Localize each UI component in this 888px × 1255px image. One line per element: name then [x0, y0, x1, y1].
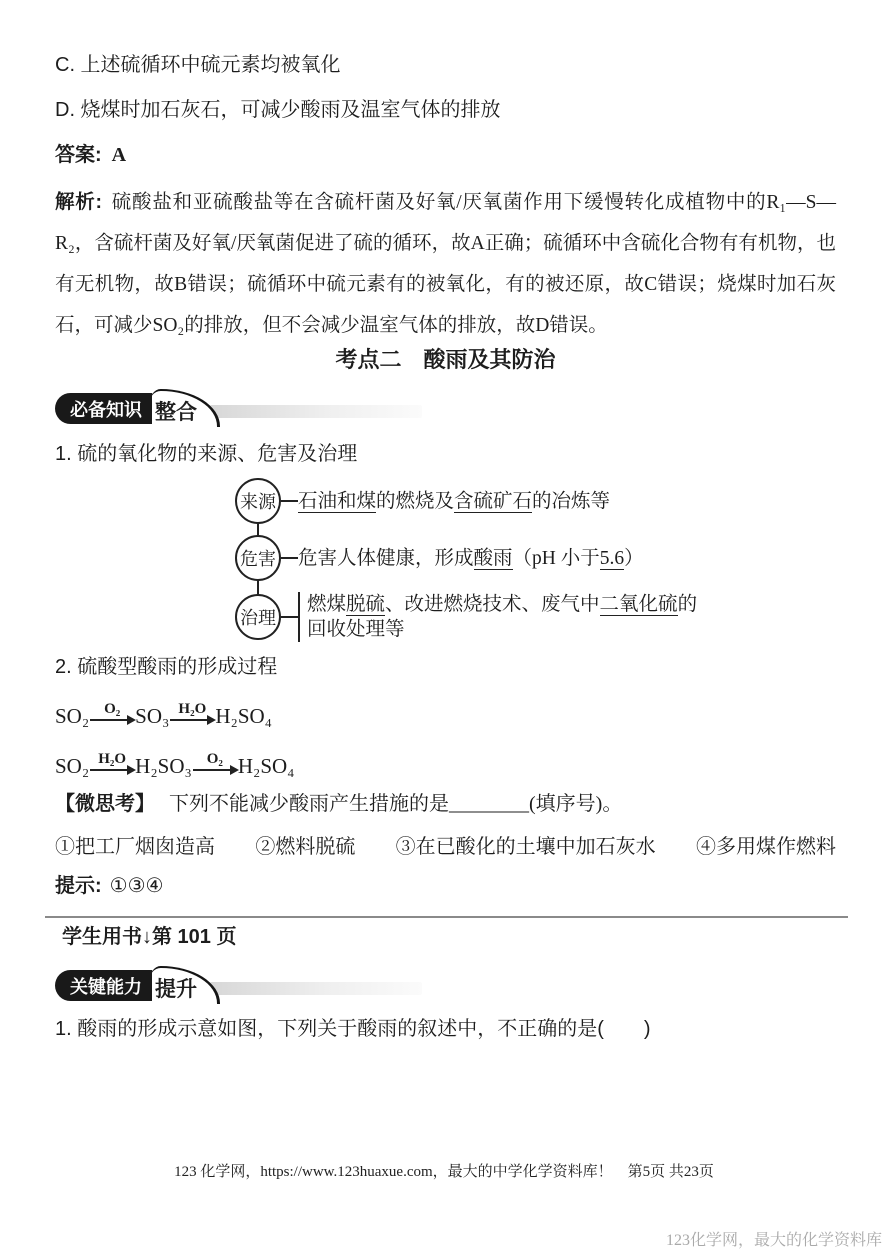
underlined-term: 5.6 [600, 548, 624, 570]
item2-heading: 2. 硫酸型酸雨的形成过程 [55, 654, 836, 681]
badge-light-label: 整合 [149, 389, 220, 427]
chem-formula: SO₃ [135, 703, 169, 729]
reaction-arrow: H₂O [90, 752, 134, 776]
ability-badge: 关键能力 提升 [55, 966, 220, 1004]
reaction-arrow: O₂ [90, 702, 134, 726]
micro-options-line: ①把工厂烟囱造高 ②燃料脱硫 ③在已酸化的土壤中加石灰水 ④多用煤作燃料 [55, 834, 836, 861]
sulfur-oxide-diagram: 来源 石油和煤的燃烧及含硫矿石的冶炼等 危害 危害人体健康，形成酸雨（pH 小于… [235, 478, 836, 642]
analysis-label: 解析: [55, 191, 102, 213]
chem-formula: H₂SO₃ [135, 753, 192, 779]
answer-value: A [112, 144, 126, 166]
arrow-shaft [170, 719, 214, 721]
plain-text: 的冶炼等 [532, 491, 610, 512]
harm-text: 危害人体健康，形成酸雨（pH 小于5.6） [298, 546, 644, 571]
answer-line: 答案:A [55, 142, 836, 168]
ability-badge-row: 关键能力 提升 [55, 964, 836, 1006]
site-watermark: 123化学网，最大的化学资料库 [666, 1227, 882, 1250]
chem-formula: SO₂ [55, 703, 89, 729]
micro-think-line: 【微思考】下列不能减少酸雨产生措施的是________(填序号)。 [55, 791, 836, 818]
badge-dark-label: 关键能力 [55, 970, 152, 1001]
fill-blank: ________ [449, 793, 529, 815]
student-book-ref: 学生用书↓第 101 页 [62, 924, 836, 951]
arrow-shaft [90, 719, 134, 721]
plain-text: 的燃烧及 [376, 491, 454, 512]
badge-light-label: 提升 [149, 966, 220, 1004]
document-page: C. 上述硫循环中硫元素均被氧化 D. 烧煤时加石灰石，可减少酸雨及温室气体的排… [0, 0, 888, 1255]
micro-think-suffix: (填序号)。 [529, 793, 622, 815]
hint-label: 提示: [55, 875, 102, 897]
chem-formula: H₂SO₄ [238, 753, 295, 779]
option-item-3: ③在已酸化的土壤中加石灰水 [396, 834, 656, 861]
micro-think-label: 【微思考】 [55, 793, 155, 815]
option-item-1: ①把工厂烟囱造高 [55, 834, 215, 861]
plain-text: 燃煤 [307, 594, 346, 615]
row-connector [281, 500, 298, 502]
knowledge-badge: 必备知识 整合 [55, 389, 220, 427]
analysis-text: 硫酸盐和亚硫酸盐等在含硫杆菌及好氧/厌氧菌作用下缓慢转化成植物中的R₁—S—R₂… [55, 192, 836, 336]
exercise-question-1: 1. 酸雨的形成示意如图，下列关于酸雨的叙述中，不正确的是( ) [55, 1016, 836, 1043]
underlined-term: 脱硫 [346, 594, 385, 616]
diagram-row-treatment: 治理 燃煤脱硫、改进燃烧技术、废气中二氧化硫的回收处理等 [235, 592, 836, 642]
source-text: 石油和煤的燃烧及含硫矿石的冶炼等 [298, 489, 610, 514]
reaction-condition: O₂ [104, 702, 120, 717]
badge-gradient-bar [210, 405, 422, 418]
analysis-paragraph: 解析:硫酸盐和亚硫酸盐等在含硫杆菌及好氧/厌氧菌作用下缓慢转化成植物中的R₁—S… [55, 182, 836, 346]
plain-text: 危害人体健康，形成 [298, 548, 474, 569]
micro-think-question: 下列不能减少酸雨产生措施的是 [169, 793, 449, 815]
source-circle: 来源 [235, 478, 281, 524]
plain-text: ） [624, 548, 644, 569]
harm-circle: 危害 [235, 535, 281, 581]
hint-line: 提示:①③④ [55, 873, 836, 900]
diagram-row-harm: 危害 危害人体健康，形成酸雨（pH 小于5.6） [235, 535, 836, 581]
reaction-arrow: O₂ [193, 752, 237, 776]
treatment-circle: 治理 [235, 594, 281, 640]
reaction-arrow: H₂O [170, 702, 214, 726]
plain-text: 、改进燃烧技术、废气中 [385, 594, 600, 615]
underlined-term: 酸雨 [474, 548, 513, 570]
reaction-condition: H₂O [178, 702, 206, 717]
item1-heading: 1. 硫的氧化物的来源、危害及治理 [55, 441, 836, 468]
reaction-equation-2: SO₂ H₂O H₂SO₃ O₂ H₂SO₄ [55, 739, 836, 779]
option-c-text: C. 上述硫循环中硫元素均被氧化 [55, 52, 836, 78]
treatment-text: 燃煤脱硫、改进燃烧技术、废气中二氧化硫的回收处理等 [298, 592, 709, 642]
content-divider [45, 916, 848, 918]
underlined-term: 二氧化硫 [600, 594, 678, 616]
page-footer: 123 化学网，https://www.123huaxue.com，最大的中学化… [0, 1160, 888, 1181]
plain-text: （pH 小于 [513, 548, 600, 569]
hint-value: ①③④ [110, 875, 164, 897]
reaction-equation-1: SO₂ O₂ SO₃ H₂O H₂SO₄ [55, 689, 836, 729]
underlined-term: 石油和煤 [298, 491, 376, 513]
row-connector [281, 616, 298, 618]
underlined-term: 含硫矿石 [454, 491, 532, 513]
badge-dark-label: 必备知识 [55, 393, 152, 424]
option-item-4: ④多用煤作燃料 [696, 834, 836, 861]
chem-formula: H₂SO₄ [215, 703, 272, 729]
badge-gradient-bar [210, 982, 422, 995]
chem-formula: SO₂ [55, 753, 89, 779]
diagram-row-source: 来源 石油和煤的燃烧及含硫矿石的冶炼等 [235, 478, 836, 524]
section-title: 考点二 酸雨及其防治 [55, 346, 836, 374]
arrow-shaft [193, 769, 237, 771]
option-item-2: ②燃料脱硫 [255, 834, 355, 861]
knowledge-badge-row: 必备知识 整合 [55, 387, 836, 429]
arrow-shaft [90, 769, 134, 771]
option-d-text: D. 烧煤时加石灰石，可减少酸雨及温室气体的排放 [55, 97, 836, 123]
reaction-condition: O₂ [207, 752, 223, 767]
row-connector [281, 557, 298, 559]
reaction-condition: H₂O [98, 752, 126, 767]
answer-label: 答案: [55, 144, 102, 166]
